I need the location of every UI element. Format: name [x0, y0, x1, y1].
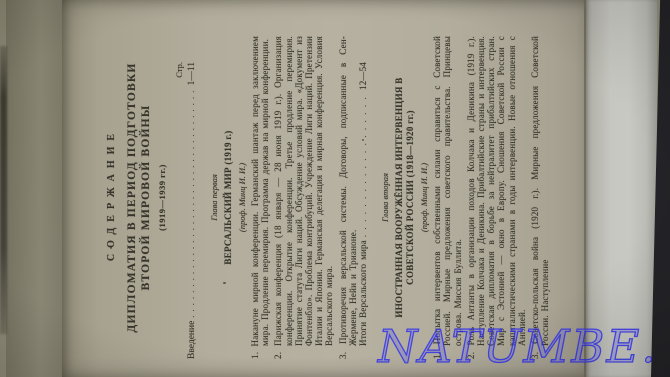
chapter-two-author: (проф. Минц И. И.) [419, 36, 429, 359]
left-page-margin [6, 0, 64, 377]
item-text: Роль Антанты в организации походов Колча… [466, 36, 527, 346]
toc-heading: СОДЕРЖАНИЕ [106, 36, 117, 359]
leader-dots: . . . . . . . . . . . . . . . . . . . . … [358, 93, 368, 237]
item-text: Накануне мирной конференции. Германский … [250, 36, 270, 346]
book-title-line2: ВТОРОЙ МИРОВОЙ ВОЙНЫ [140, 36, 154, 359]
photo-blemish [110, 246, 112, 249]
chapter-one-title: ВЕРСАЛЬСКИЙ МИР (1919 г.) [223, 48, 234, 348]
book-title: ДИПЛОМАТИЯ В ПЕРИОД ПОДГОТОВКИ ВТОРОЙ МИ… [126, 36, 153, 359]
item-text: Противоречия версальской системы. Догово… [338, 36, 358, 346]
toc-item: 1. Накануне мирной конференции. Германск… [250, 36, 270, 359]
item-text: Парижская конференция (18 января — 28 ию… [273, 36, 334, 346]
page-column-label: Стр. [174, 36, 184, 359]
item-tail-text: Итоги Версальского мира [358, 240, 368, 346]
chapter-two-section: Глава вторая ИНОСТРАННАЯ ВООРУЖЁННАЯ ИНТ… [380, 36, 550, 359]
chapter-one-author: (проф. Минц И. И.) [237, 36, 247, 359]
chapter-two-title: ИНОСТРАННАЯ ВООРУЖЁННАЯ ИНТЕРВЕНЦИЯ В СО… [394, 48, 416, 348]
watermark-text: NATUMBE. KZ [378, 320, 670, 373]
toc-item: 3. Противоречия версальской системы. Дог… [338, 36, 358, 359]
item-number: 1. [250, 352, 260, 359]
item-number: 2. [273, 352, 283, 359]
item-number: 3. [338, 352, 348, 359]
item-page-range: 12—54 [358, 62, 368, 90]
toc-item: 2. Роль Антанты в организации походов Ко… [466, 36, 527, 359]
book-title-years: (1919—1939 гг.) [157, 36, 167, 359]
leader-dots: . . . . . . . . . . . . . . . . . . . . … [186, 88, 196, 317]
item-text: Советско-польская война (1920 г.). Мирны… [530, 36, 550, 346]
introduction-label: Введение [187, 321, 197, 359]
toc-item-tail: Итоги Версальского мира . . . . . . . . … [358, 36, 368, 359]
introduction-page-range: 1—11 [187, 62, 197, 85]
book-title-line1: ДИПЛОМАТИЯ В ПЕРИОД ПОДГОТОВКИ [126, 36, 140, 359]
toc-item: 1. Попытка интервентов собственными сила… [432, 36, 463, 359]
item-text: Попытка интервентов собственными силами … [432, 36, 462, 346]
photo-blemish [362, 139, 364, 141]
chapter-one-section: Глава первая ВЕРСАЛЬСКИЙ МИР (1919 г.) (… [209, 36, 368, 359]
chapter-one-kicker: Глава первая [209, 36, 219, 359]
toc-item: 2. Парижская конференция (18 января — 28… [273, 36, 334, 359]
toc-item: 3. Советско-польская война (1920 г.). Ми… [530, 36, 550, 359]
toc-entry-introduction: Введение . . . . . . . . . . . . . . . .… [186, 36, 197, 359]
photo-blemish [223, 282, 226, 284]
chapter-two-kicker: Глава вторая [380, 36, 390, 359]
